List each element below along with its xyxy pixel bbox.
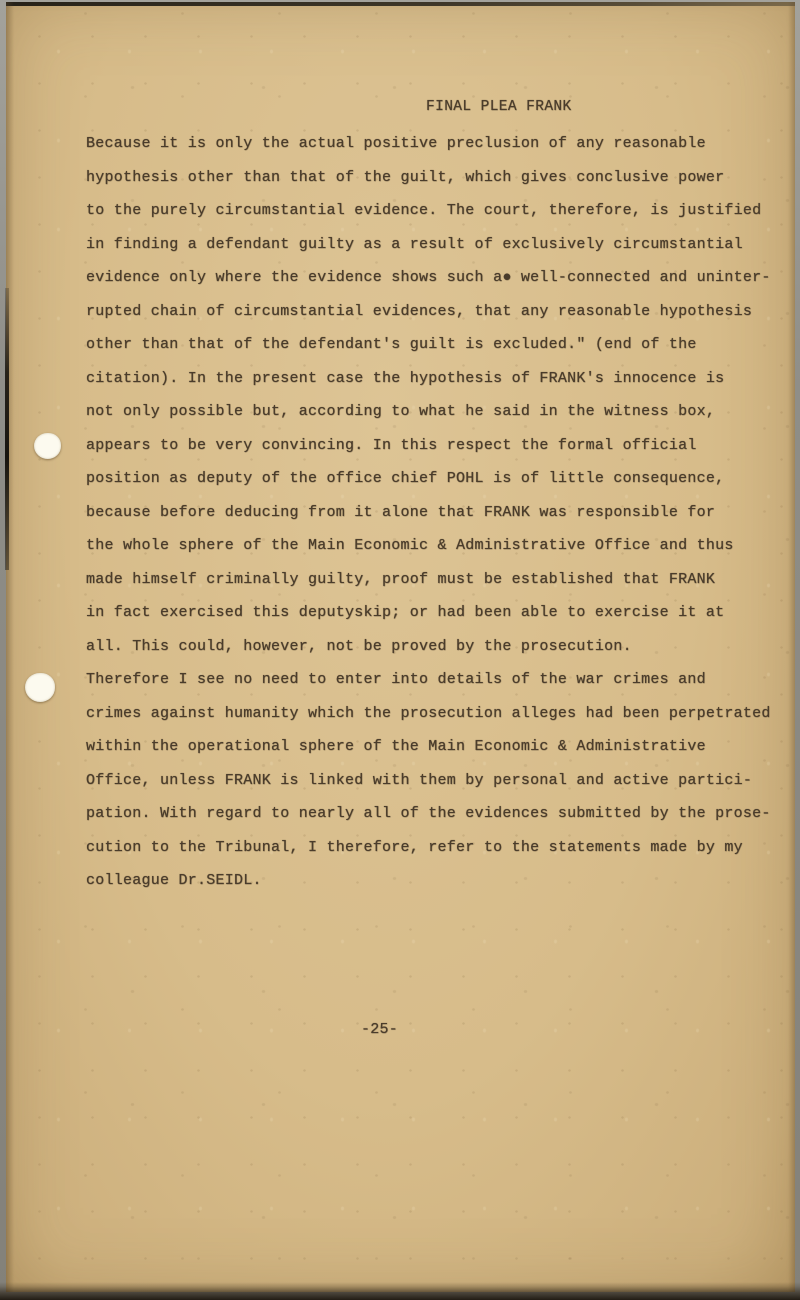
document-line: not only possible but, according to what… bbox=[86, 395, 786, 429]
punch-hole-top bbox=[34, 433, 61, 459]
document-line: evidence only where the evidence shows s… bbox=[86, 261, 786, 295]
scanned-page-canvas: FINAL PLEA FRANK Because it is only the … bbox=[0, 0, 800, 1300]
document-line: cution to the Tribunal, I therefore, ref… bbox=[86, 831, 786, 865]
document-line: Because it is only the actual positive p… bbox=[86, 127, 786, 161]
document-line: appears to be very convincing. In this r… bbox=[86, 429, 786, 463]
document-line: citation). In the present case the hypot… bbox=[86, 362, 786, 396]
document-line: the whole sphere of the Main Economic & … bbox=[86, 529, 786, 563]
document-line: made himself criminally guilty, proof mu… bbox=[86, 563, 786, 597]
document-body: Because it is only the actual positive p… bbox=[86, 127, 786, 898]
right-edge-shadow bbox=[788, 2, 795, 1292]
document-title: FINAL PLEA FRANK bbox=[426, 99, 572, 115]
document-line: hypothesis other than that of the guilt,… bbox=[86, 161, 786, 195]
left-edge-shadow bbox=[6, 2, 14, 1292]
punch-hole-bottom bbox=[25, 673, 55, 702]
document-line: Office, unless FRANK is linked with them… bbox=[86, 764, 786, 798]
document-line: within the operational sphere of the Mai… bbox=[86, 730, 786, 764]
document-line: Therefore I see no need to enter into de… bbox=[86, 663, 786, 697]
document-line: crimes against humanity which the prosec… bbox=[86, 697, 786, 731]
document-line: other than that of the defendant's guilt… bbox=[86, 328, 786, 362]
document-line: all. This could, however, not be proved … bbox=[86, 630, 786, 664]
bottom-edge-shadow bbox=[0, 1282, 800, 1300]
document-line: in fact exercised this deputyskip; or ha… bbox=[86, 596, 786, 630]
document-line: pation. With regard to nearly all of the… bbox=[86, 797, 786, 831]
document-line: to the purely circumstantial evidence. T… bbox=[86, 194, 786, 228]
page-number: -25- bbox=[361, 1021, 398, 1038]
document-line: position as deputy of the office chief P… bbox=[86, 462, 786, 496]
document-line: in finding a defendant guilty as a resul… bbox=[86, 228, 786, 262]
document-line: colleague Dr.SEIDL. bbox=[86, 864, 786, 898]
document-line: rupted chain of circumstantial evidences… bbox=[86, 295, 786, 329]
document-line: because before deducing from it alone th… bbox=[86, 496, 786, 530]
left-binding-mark bbox=[5, 288, 9, 570]
top-edge-scan-line bbox=[6, 2, 795, 6]
